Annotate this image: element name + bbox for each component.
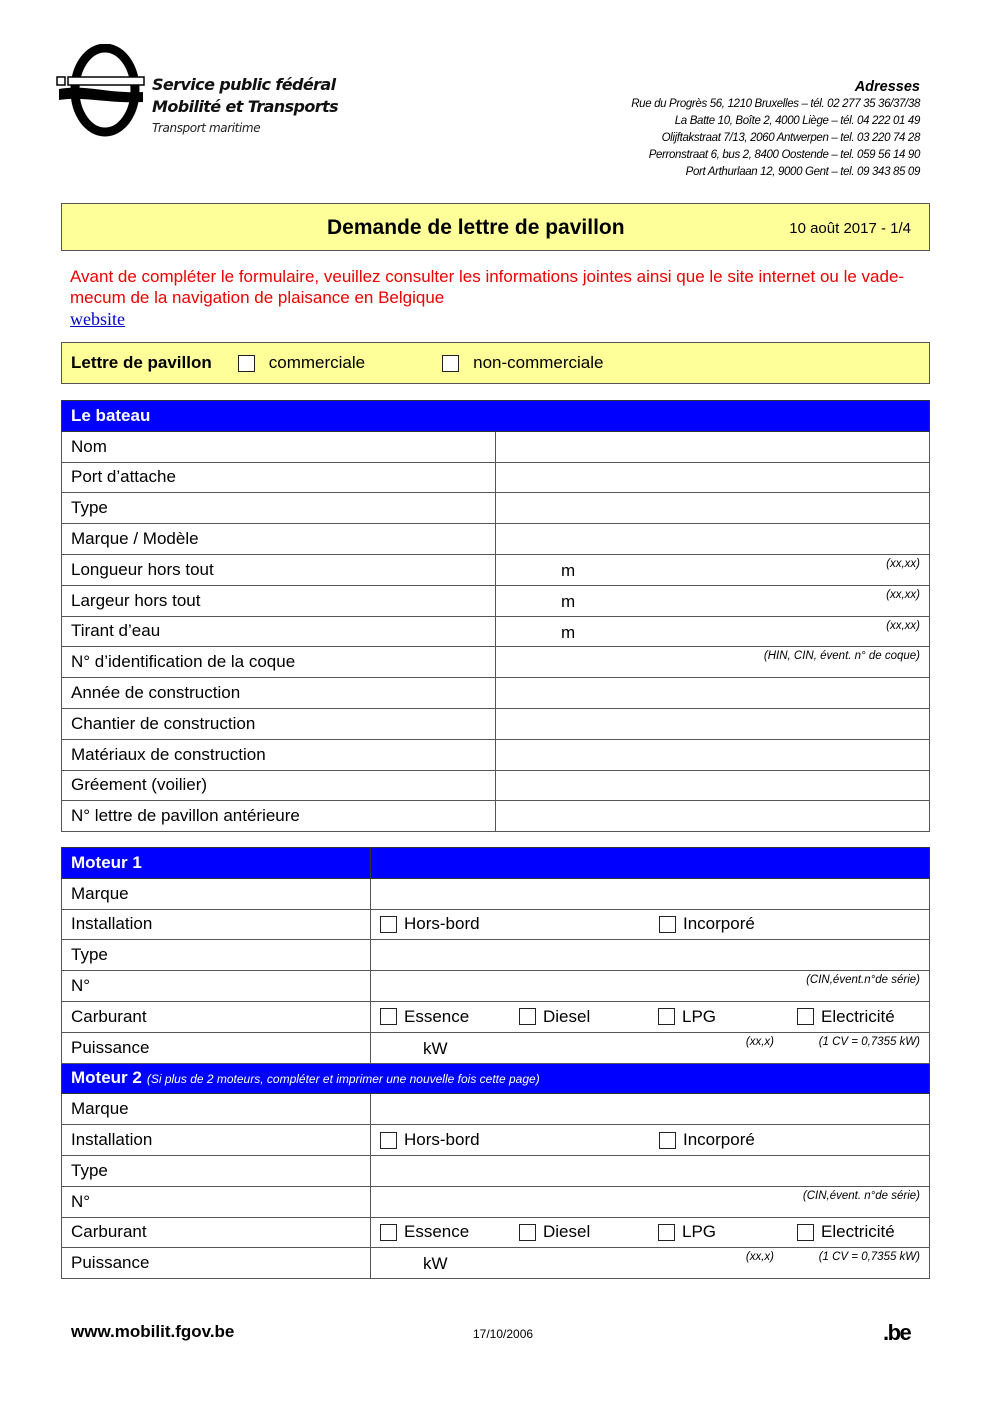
page-title: Demande de lettre de pavillon	[327, 216, 625, 240]
table-row: PuissancekW(xx,x)(1 CV = 0,7355 kW)	[62, 1032, 930, 1063]
table-row: Nom	[62, 431, 930, 462]
field-label: Chantier de construction	[62, 708, 496, 739]
field-greement[interactable]	[496, 770, 930, 801]
format-hint: (xx,x)	[746, 1036, 774, 1048]
checkbox[interactable]	[380, 916, 397, 933]
field-label: Installation	[62, 1125, 371, 1156]
table-row: Installation Hors-bord Incorporé	[62, 1125, 930, 1156]
engine1-header-blank	[371, 848, 930, 879]
checkbox[interactable]	[658, 1008, 675, 1025]
unit-label: kW	[423, 1039, 448, 1059]
engines-table: Moteur 1 Marque Installation Hors-bord I…	[61, 847, 930, 1279]
table-row: Tirant d’eaum(xx,xx)	[62, 616, 930, 647]
engine1-section-header: Moteur 1	[62, 848, 371, 879]
option-label: Electricité	[821, 1222, 895, 1242]
website-link[interactable]: website	[70, 309, 125, 330]
field-type[interactable]	[496, 493, 930, 524]
checkbox[interactable]	[380, 1224, 397, 1241]
engine2-section-header: Moteur 2(Si plus de 2 moteurs, compléter…	[62, 1063, 930, 1094]
option-label: LPG	[682, 1007, 716, 1027]
field-tirant-eau[interactable]: m(xx,xx)	[496, 616, 930, 647]
field-annee-construction[interactable]	[496, 678, 930, 709]
table-row: N° d’identification de la coque(HIN, CIN…	[62, 647, 930, 678]
field-label: Puissance	[62, 1032, 371, 1063]
checkbox-commerciale[interactable]	[238, 355, 255, 372]
checkbox[interactable]	[380, 1132, 397, 1149]
title-band: Demande de lettre de pavillon 10 août 20…	[61, 203, 930, 251]
field-hull-id[interactable]: (HIN, CIN, évent. n° de coque)	[496, 647, 930, 678]
engine2-note: (Si plus de 2 moteurs, compléter et impr…	[147, 1072, 540, 1086]
table-row: Type	[62, 940, 930, 971]
engine1-fuel-lpg[interactable]: LPG	[658, 1007, 797, 1027]
option-label: Diesel	[543, 1222, 590, 1242]
field-label: Marque / Modèle	[62, 524, 496, 555]
field-label: Type	[62, 1155, 371, 1186]
table-row: Type	[62, 1155, 930, 1186]
field-label: Longueur hors tout	[62, 554, 496, 585]
unit-label: m	[561, 561, 575, 581]
checkbox[interactable]	[797, 1008, 814, 1025]
engine1-type-field[interactable]	[371, 940, 930, 971]
option-label: LPG	[682, 1222, 716, 1242]
field-chantier[interactable]	[496, 708, 930, 739]
engine1-fuel-electricite[interactable]: Electricité	[797, 1007, 895, 1027]
field-label: N° lettre de pavillon antérieure	[62, 801, 496, 832]
checkbox[interactable]	[797, 1224, 814, 1241]
conversion-hint: (1 CV = 0,7355 kW)	[819, 1036, 920, 1048]
field-label: Type	[62, 940, 371, 971]
field-label: Marque	[62, 1094, 371, 1125]
table-row: Installation Hors-bord Incorporé	[62, 909, 930, 940]
checkbox[interactable]	[519, 1008, 536, 1025]
field-label: Port d’attache	[62, 462, 496, 493]
option-label: Essence	[404, 1007, 469, 1027]
engine2-type-field[interactable]	[371, 1155, 930, 1186]
option-non-commerciale[interactable]: non-commerciale	[442, 353, 603, 373]
footer-date: 17/10/2006	[473, 1327, 533, 1341]
field-lettre-anterieure[interactable]	[496, 801, 930, 832]
field-label: Puissance	[62, 1248, 371, 1279]
field-label: N°	[62, 971, 371, 1002]
format-hint: (xx,xx)	[886, 589, 920, 601]
table-row: Carburant Essence Diesel LPG Electricité	[62, 1217, 930, 1248]
flag-letter-label: Lettre de pavillon	[71, 353, 212, 373]
addresses-block: Adresses Rue du Progrès 56, 1210 Bruxell…	[631, 78, 920, 181]
table-row: Marque / Modèle	[62, 524, 930, 555]
addresses-title: Adresses	[631, 78, 920, 96]
field-label: Installation	[62, 909, 371, 940]
option-label: Essence	[404, 1222, 469, 1242]
table-row: N° lettre de pavillon antérieure	[62, 801, 930, 832]
table-row: Port d’attache	[62, 462, 930, 493]
field-label: N°	[62, 1186, 371, 1217]
format-hint: (HIN, CIN, évent. n° de coque)	[764, 650, 920, 662]
flag-letter-band: Lettre de pavillon commerciale non-comme…	[61, 342, 930, 384]
field-label: Type	[62, 493, 496, 524]
engine2-fuel-essence[interactable]: Essence	[380, 1222, 519, 1242]
checkbox[interactable]	[380, 1008, 397, 1025]
option-label: non-commerciale	[473, 353, 603, 373]
format-hint: (xx,x)	[746, 1251, 774, 1263]
table-row: Chantier de construction	[62, 708, 930, 739]
option-label: Hors-bord	[404, 914, 480, 934]
field-materiaux[interactable]	[496, 739, 930, 770]
checkbox[interactable]	[658, 1224, 675, 1241]
conversion-hint: (1 CV = 0,7355 kW)	[819, 1251, 920, 1263]
field-label: Marque	[62, 878, 371, 909]
engine1-fuel-diesel[interactable]: Diesel	[519, 1007, 658, 1027]
option-commerciale[interactable]: commerciale	[238, 353, 365, 373]
engine2-option-hors-bord[interactable]: Hors-bord	[380, 1130, 659, 1150]
engine2-power-field[interactable]: kW(xx,x)(1 CV = 0,7355 kW)	[371, 1248, 930, 1279]
option-label: Incorporé	[683, 914, 755, 934]
format-hint: (xx,xx)	[886, 620, 920, 632]
checkbox[interactable]	[659, 916, 676, 933]
field-label: Année de construction	[62, 678, 496, 709]
unit-label: m	[561, 592, 575, 612]
footer-url: www.mobilit.fgov.be	[71, 1322, 234, 1342]
engine2-marque-field[interactable]	[371, 1094, 930, 1125]
engine2-option-incorpore[interactable]: Incorporé	[659, 1130, 755, 1150]
table-row: Année de construction	[62, 678, 930, 709]
field-marque-modele[interactable]	[496, 524, 930, 555]
boat-table: Le bateau Nom Port d’attache Type Marque…	[61, 400, 930, 832]
engine2-fuel-diesel[interactable]: Diesel	[519, 1222, 658, 1242]
engine2-title: Moteur 2	[71, 1068, 142, 1087]
table-row: Type	[62, 493, 930, 524]
title-date-page: 10 août 2017 - 1/4	[789, 220, 911, 237]
engine1-number-field[interactable]: (CIN,évent.n°de série)	[371, 971, 930, 1002]
engine1-fuel-essence[interactable]: Essence	[380, 1007, 519, 1027]
address-line: Perronstraat 6, bus 2, 8400 Oostende – t…	[631, 147, 920, 164]
field-label: Carburant	[62, 1001, 371, 1032]
table-row: Marque	[62, 878, 930, 909]
spf-logo: Service public fédéral Mobilité et Trans…	[55, 44, 345, 144]
option-label: Diesel	[543, 1007, 590, 1027]
table-row: Largeur hors toutm(xx,xx)	[62, 585, 930, 616]
table-row: Marque	[62, 1094, 930, 1125]
field-nom[interactable]	[496, 431, 930, 462]
field-label: Matériaux de construction	[62, 739, 496, 770]
org-department: Mobilité et Transports	[152, 96, 338, 118]
checkbox-non-commerciale[interactable]	[442, 355, 459, 372]
table-row: Longueur hors toutm(xx,xx)	[62, 554, 930, 585]
field-largeur[interactable]: m(xx,xx)	[496, 585, 930, 616]
table-row: Matériaux de construction	[62, 739, 930, 770]
option-label: Hors-bord	[404, 1130, 480, 1150]
option-label: commerciale	[269, 353, 365, 373]
option-label: Electricité	[821, 1007, 895, 1027]
address-line: Olijftakstraat 7/13, 2060 Antwerpen – te…	[631, 130, 920, 147]
org-name: Service public fédéral	[152, 74, 338, 96]
field-port-attache[interactable]	[496, 462, 930, 493]
table-row: N°(CIN,évent.n°de série)	[62, 971, 930, 1002]
engine1-marque-field[interactable]	[371, 878, 930, 909]
format-hint: (CIN,évent. n°de série)	[803, 1190, 920, 1202]
notice-text: Avant de compléter le formulaire, veuill…	[70, 266, 930, 308]
format-hint: (xx,xx)	[886, 558, 920, 570]
address-line: La Batte 10, Boîte 2, 4000 Liège – tél. …	[631, 113, 920, 130]
engine2-fuel-lpg[interactable]: LPG	[658, 1222, 797, 1242]
format-hint: (CIN,évent.n°de série)	[806, 974, 920, 986]
engine2-fuel-electricite[interactable]: Electricité	[797, 1222, 895, 1242]
engine1-option-incorpore[interactable]: Incorporé	[659, 914, 755, 934]
address-line: Rue du Progrès 56, 1210 Bruxelles – tél.…	[631, 96, 920, 113]
engine1-option-hors-bord[interactable]: Hors-bord	[380, 914, 659, 934]
engine1-power-field[interactable]: kW(xx,x)(1 CV = 0,7355 kW)	[371, 1032, 930, 1063]
boat-section-header: Le bateau	[62, 401, 930, 432]
field-label: Nom	[62, 431, 496, 462]
field-longueur[interactable]: m(xx,xx)	[496, 554, 930, 585]
checkbox[interactable]	[519, 1224, 536, 1241]
spf-emblem-icon	[55, 44, 150, 139]
address-line: Port Arthurlaan 12, 9000 Gent – tel. 09 …	[631, 164, 920, 181]
table-row: PuissancekW(xx,x)(1 CV = 0,7355 kW)	[62, 1248, 930, 1279]
field-label: N° d’identification de la coque	[62, 647, 496, 678]
org-division: Transport maritime	[152, 118, 338, 138]
option-label: Incorporé	[683, 1130, 755, 1150]
unit-label: m	[561, 623, 575, 643]
table-row: Carburant Essence Diesel LPG Electricité	[62, 1001, 930, 1032]
field-label: Carburant	[62, 1217, 371, 1248]
engine2-number-field[interactable]: (CIN,évent. n°de série)	[371, 1186, 930, 1217]
field-label: Largeur hors tout	[62, 585, 496, 616]
field-label: Gréement (voilier)	[62, 770, 496, 801]
unit-label: kW	[423, 1254, 448, 1274]
table-row: N°(CIN,évent. n°de série)	[62, 1186, 930, 1217]
checkbox[interactable]	[659, 1132, 676, 1149]
table-row: Gréement (voilier)	[62, 770, 930, 801]
be-logo-icon: .be	[883, 1320, 910, 1346]
field-label: Tirant d’eau	[62, 616, 496, 647]
